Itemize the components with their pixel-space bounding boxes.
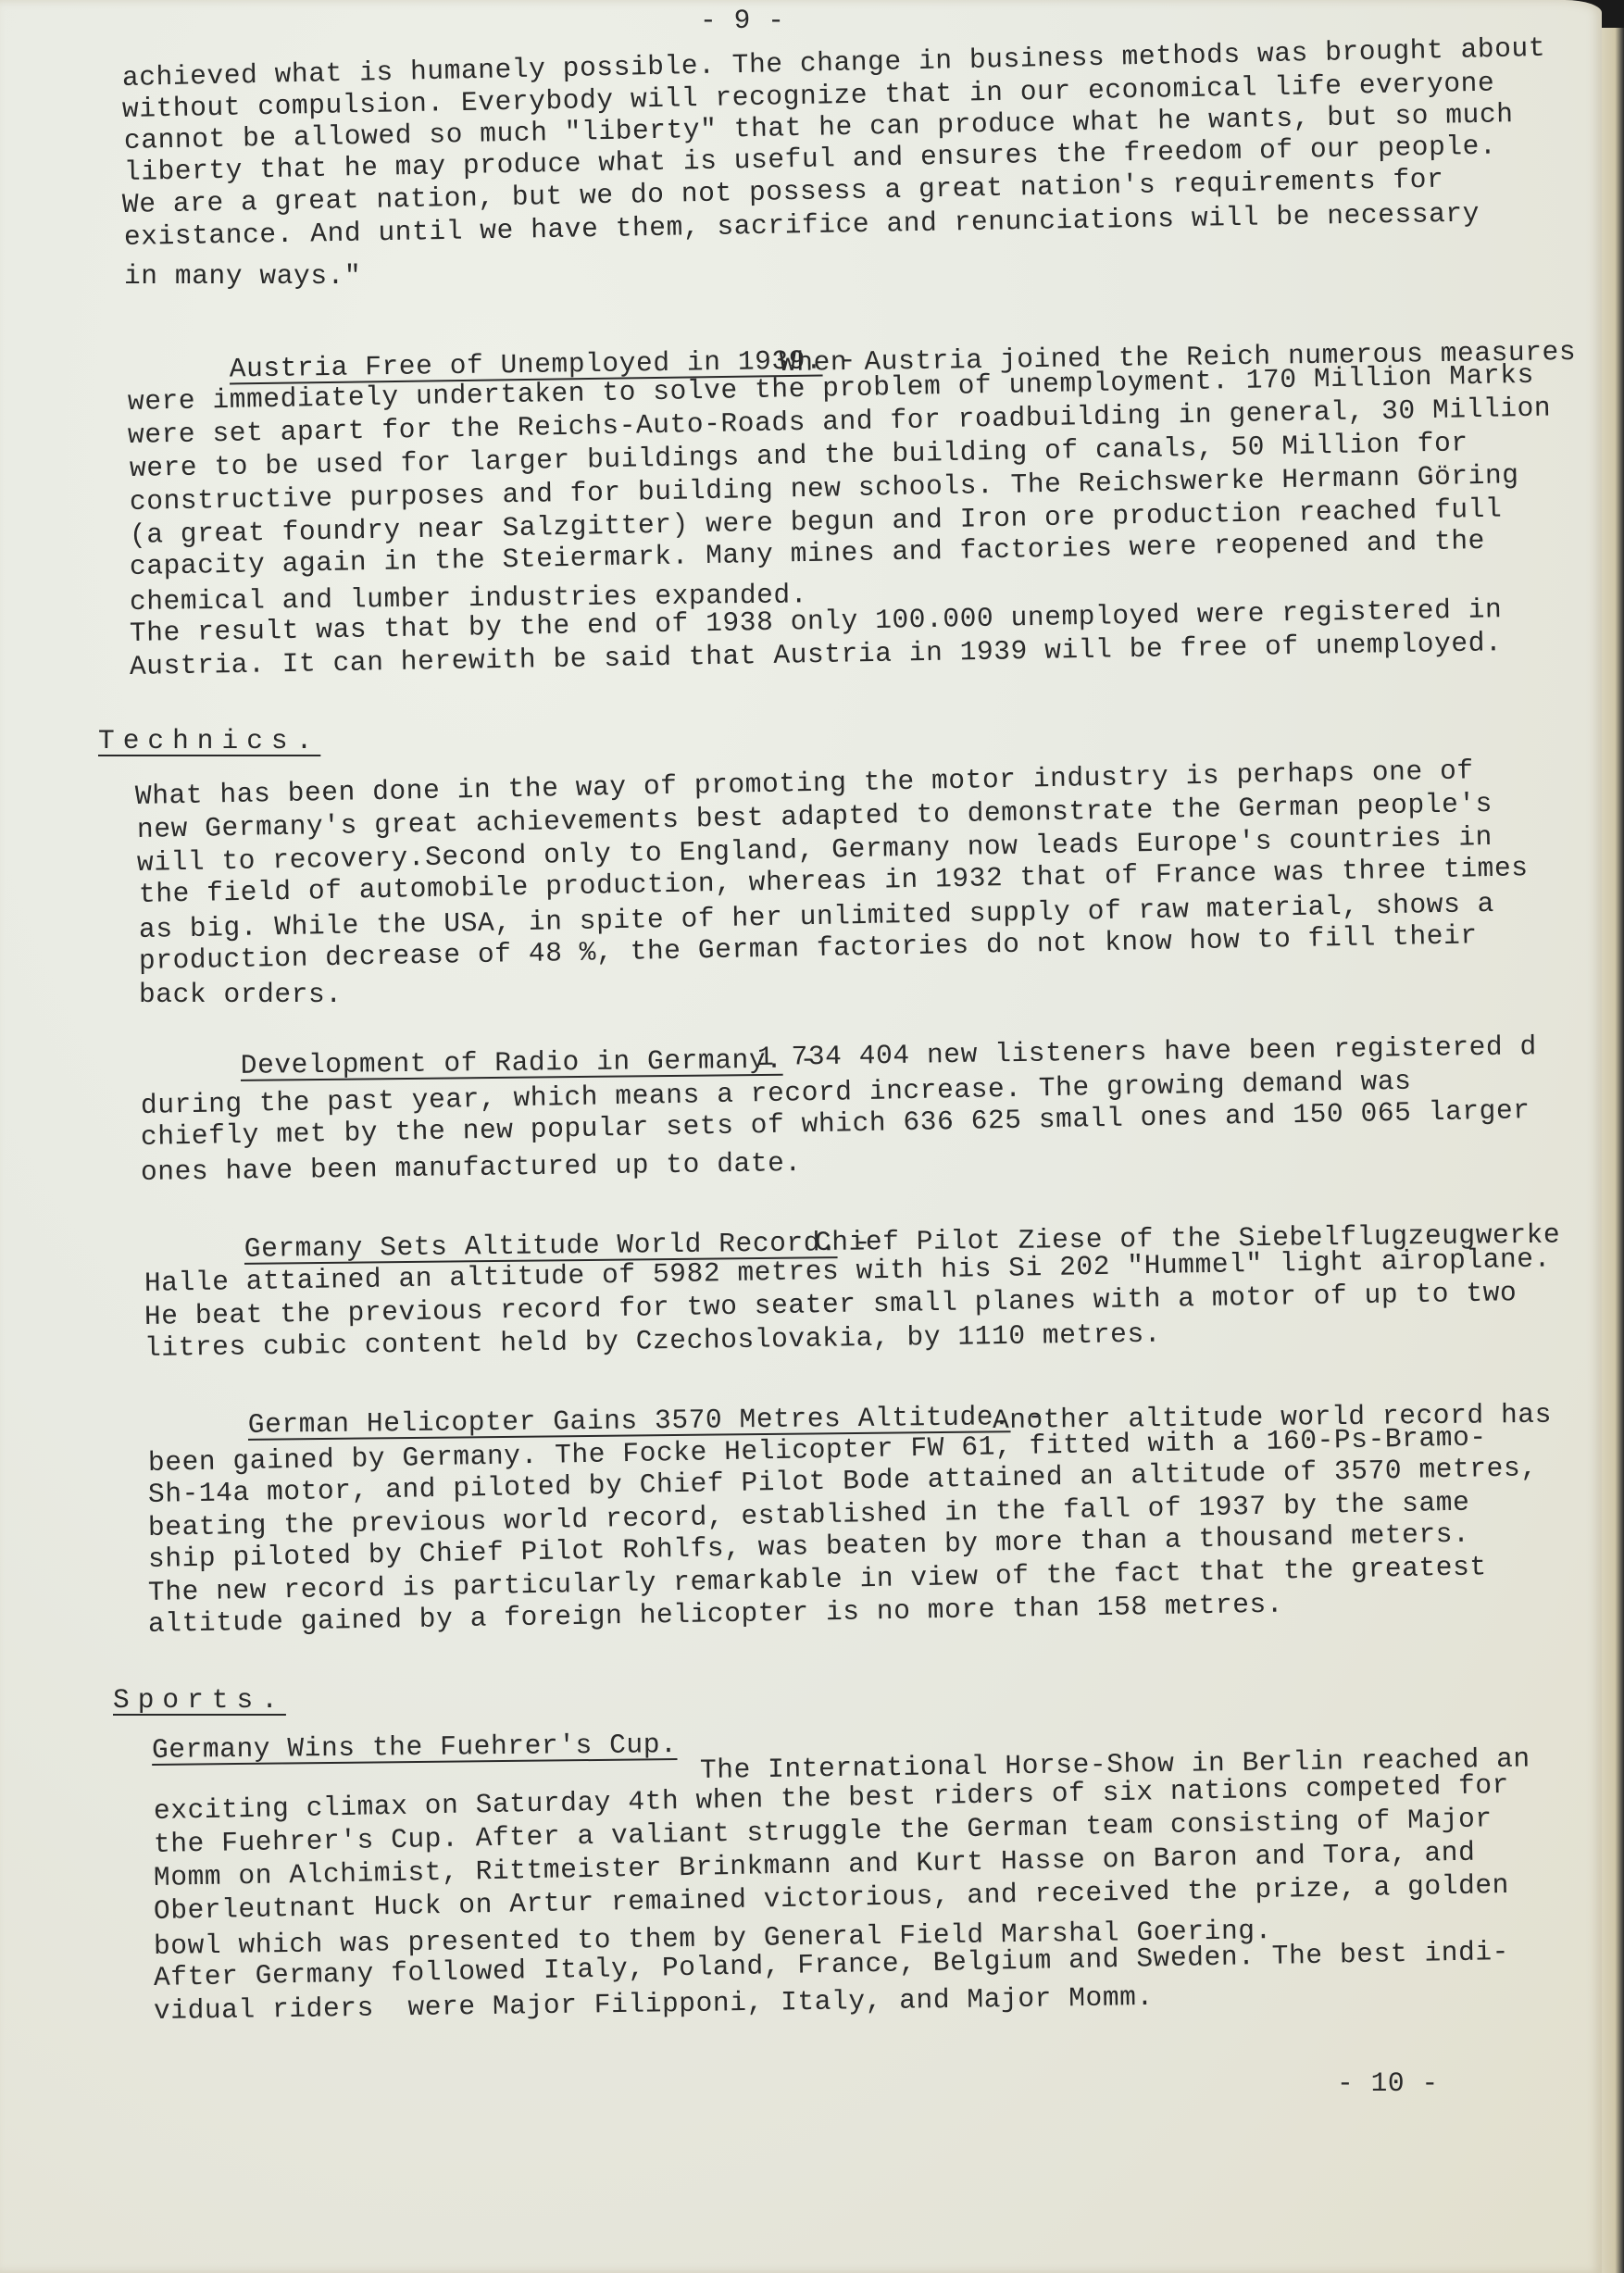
- page-number-top: - 9 -: [700, 7, 785, 35]
- text-line: in many ways.": [124, 263, 361, 291]
- text-line: back orders.: [139, 981, 343, 1009]
- cup-heading: Germany Wins the Fuehrer's Cup.: [152, 1731, 678, 1764]
- text-line: ones have been manufactured up to date.: [141, 1150, 802, 1186]
- text-line: 1 734 404 new listeners have been regist…: [757, 1033, 1537, 1071]
- technics-title: Technics.: [98, 728, 320, 756]
- paper-edge: [1602, 28, 1624, 2273]
- radio-heading: Development of Radio in Germany.: [241, 1043, 783, 1080]
- page-number-bottom: - 10 -: [1337, 2070, 1439, 2098]
- sports-title: Sports.: [113, 1687, 286, 1715]
- document-page: - 9 - achieved what is humanely possible…: [0, 0, 1602, 2273]
